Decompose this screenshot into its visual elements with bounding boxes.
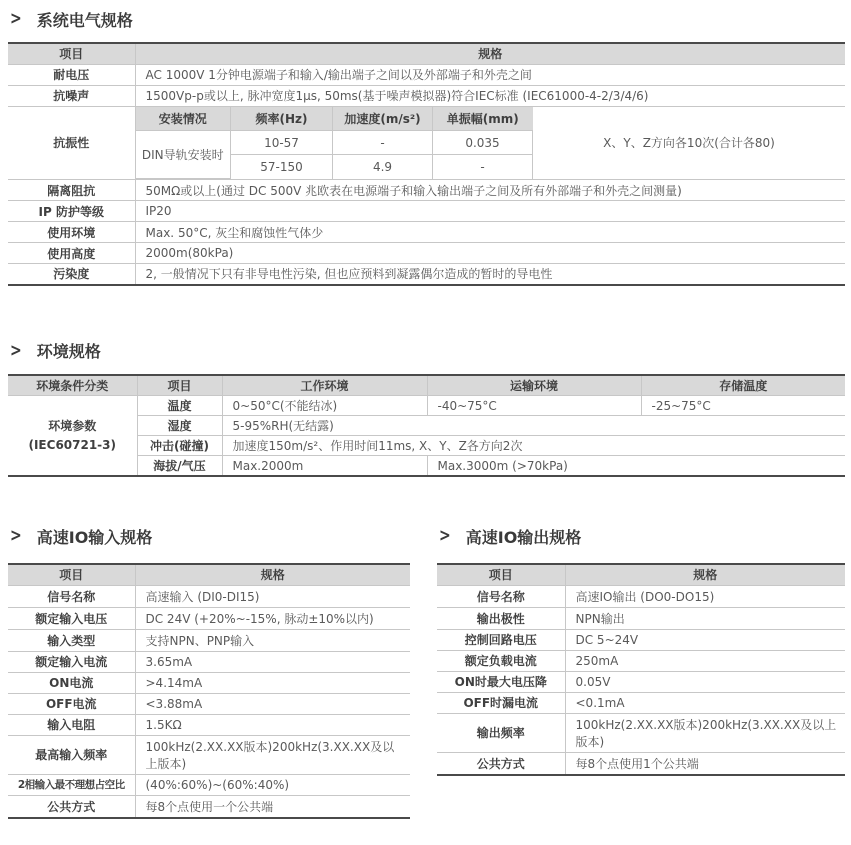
amplitude-cell: 0.035 [433,131,533,155]
row-value: 支持NPN、PNP输入 [135,629,410,651]
row-value: IP20 [135,201,845,222]
row-label: 输入电阻 [8,714,135,735]
row-label: 信号名称 [437,585,565,607]
row-label: 耐电压 [8,64,135,85]
table-row: 使用环境 Max. 50°C, 灰尘和腐蚀性气体少 [8,222,845,243]
table-row: 控制回路电压 DC 5~24V [437,629,845,650]
section-title-environment: > 环境规格 [10,340,845,362]
humidity-value: 5-95%RH(无结露) [222,416,845,436]
col-header-item: 项目 [8,43,135,64]
table-row: OFF电流 <3.88mA [8,693,410,714]
io-spec-sections: > 高速IO输入规格 项目 规格 信号名称 高速输入 (DI0-DI15) [8,525,845,819]
row-label: 额定负载电流 [437,650,565,671]
sub-row: DIN导轨安装时 10-57 - 0.035 [136,131,533,155]
sub-col-mount: 安装情况 [136,107,231,131]
frequency-cell: 57-150 [231,155,333,179]
table-header-row: 项目 规格 [437,564,845,585]
row-label: 使用环境 [8,222,135,243]
row-value: NPN输出 [565,607,845,629]
col-header-transport: 运输环境 [427,375,641,396]
table-row: OFF时漏电流 <0.1mA [437,692,845,713]
row-value: 1500Vp-p或以上, 脉冲宽度1μs, 50ms(基于噪声模拟器)符合IEC… [135,85,845,106]
acceleration-cell: 4.9 [333,155,433,179]
group-label-line1: 环境参数 [12,417,133,436]
sub-col-amplitude: 单振幅(mm) [433,107,533,131]
section-title-text: 高速IO输出规格 [466,525,582,548]
row-value: 50MΩ或以上(通过 DC 500V 兆欧表在电源端子和输入输出端子之间及所有外… [135,180,845,201]
group-label-line2: (IEC60721-3) [12,436,133,455]
table-row: 输出极性 NPN输出 [437,607,845,629]
chevron-right-icon: > [10,526,22,546]
mount-type-cell: DIN导轨安装时 [136,131,231,179]
row-label: 冲击(碰撞) [137,436,222,456]
row-label: ON时最大电压降 [437,671,565,692]
table-row: IP 防护等级 IP20 [8,201,845,222]
chevron-right-icon: > [10,9,22,29]
col-header-spec: 规格 [565,564,845,585]
col-header-item: 项目 [8,564,135,585]
table-row: 信号名称 高速IO输出 (DO0-DO15) [437,585,845,607]
sub-col-acceleration: 加速度(m/s²) [333,107,433,131]
row-value: 2, 一般情况下只有非导电性污染, 但也应预料到凝露偶尔造成的暂时的导电性 [135,264,845,285]
row-value: AC 1000V 1分钟电源端子和输入/输出端子之间以及外部端子和外壳之间 [135,64,845,85]
vibration-sub-table: 安装情况 频率(Hz) 加速度(m/s²) 单振幅(mm) DIN导轨安装时 1… [136,107,534,180]
table-row: 额定输入电流 3.65mA [8,651,410,672]
shock-value: 加速度150m/s²、作用时间11ms, X、Y、Z各方向2次 [222,436,845,456]
table-row: 耐电压 AC 1000V 1分钟电源端子和输入/输出端子之间以及外部端子和外壳之… [8,64,845,85]
table-row-vibration: 抗振性 安装情况 频率(Hz) 加速度(m/s²) 单振幅(mm) [8,106,845,180]
row-label: ON电流 [8,672,135,693]
table-row: 输入类型 支持NPN、PNP输入 [8,629,410,651]
table-row: 使用高度 2000m(80kPa) [8,243,845,264]
table-row: 抗噪声 1500Vp-p或以上, 脉冲宽度1μs, 50ms(基于噪声模拟器)符… [8,85,845,106]
hs-output-section: > 高速IO输出规格 项目 规格 信号名称 高速IO输出 (DO0-DO15) [437,525,845,819]
table-row: 输入电阻 1.5KΩ [8,714,410,735]
section-title-hs-output: > 高速IO输出规格 [439,525,845,547]
altitude-transport-storage: Max.3000m (>70kPa) [427,456,845,477]
row-value: 高速IO输出 (DO0-DO15) [565,585,845,607]
table-row: 信号名称 高速输入 (DI0-DI15) [8,585,410,607]
row-value: 高速输入 (DI0-DI15) [135,585,410,607]
section-title-text: 高速IO输入规格 [37,525,153,548]
row-label: 使用高度 [8,243,135,264]
table-row: 额定输入电压 DC 24V (+20%~-15%, 脉动±10%以内) [8,607,410,629]
section-title-electrical: > 系统电气规格 [10,8,845,30]
row-label: 抗振性 [8,106,135,180]
table-header-row: 环境条件分类 项目 工作环境 运输环境 存储温度 [8,375,845,396]
table-row: ON时最大电压降 0.05V [437,671,845,692]
row-value: DC 5~24V [565,629,845,650]
spec-page: > 系统电气规格 项目 规格 耐电压 AC 1000V 1分钟电源端子和输入/输… [0,0,851,819]
vibration-note: X、Y、Z方向各10次(合计各80) [533,107,845,180]
chevron-right-icon: > [10,341,22,361]
table-row: 公共方式 每8个点使用1个公共端 [437,752,845,775]
row-label: 抗噪声 [8,85,135,106]
row-label: 控制回路电压 [437,629,565,650]
acceleration-cell: - [333,131,433,155]
row-label: 湿度 [137,416,222,436]
table-row: 最高输入频率 100kHz(2.XX.XX版本)200kHz(3.XX.XX及以… [8,735,410,774]
sub-header-row: 安装情况 频率(Hz) 加速度(m/s²) 单振幅(mm) [136,107,533,131]
row-label: 温度 [137,396,222,416]
section-title-hs-input: > 高速IO输入规格 [10,525,410,547]
row-label: 隔离阻抗 [8,180,135,201]
col-header-item: 项目 [437,564,565,585]
row-label: 输出极性 [437,607,565,629]
row-label: 额定输入电压 [8,607,135,629]
row-value: DC 24V (+20%~-15%, 脉动±10%以内) [135,607,410,629]
row-label: 海拔/气压 [137,456,222,477]
section-title-text: 系统电气规格 [37,8,133,31]
table-row-temperature: 环境参数 (IEC60721-3) 温度 0~50°C(不能结冰) -40~75… [8,396,845,416]
col-header-operating: 工作环境 [222,375,427,396]
row-label: 公共方式 [8,795,135,818]
col-header-spec: 规格 [135,564,410,585]
amplitude-cell: - [433,155,533,179]
environment-table: 环境条件分类 项目 工作环境 运输环境 存储温度 环境参数 (IEC60721-… [8,374,845,478]
row-value: 0.05V [565,671,845,692]
row-value: 250mA [565,650,845,671]
table-row: 隔离阻抗 50MΩ或以上(通过 DC 500V 兆欧表在电源端子和输入输出端子之… [8,180,845,201]
environment-group-cell: 环境参数 (IEC60721-3) [8,396,137,477]
system-electrical-table: 项目 规格 耐电压 AC 1000V 1分钟电源端子和输入/输出端子之间以及外部… [8,42,845,286]
table-row: ON电流 >4.14mA [8,672,410,693]
row-value: (40%:60%)~(60%:40%) [135,774,410,795]
hs-input-section: > 高速IO输入规格 项目 规格 信号名称 高速输入 (DI0-DI15) [8,525,410,819]
table-header-row: 项目 规格 [8,43,845,64]
row-value: <3.88mA [135,693,410,714]
row-label: OFF电流 [8,693,135,714]
row-label: OFF时漏电流 [437,692,565,713]
row-label: 污染度 [8,264,135,285]
table-row: 输出频率 100kHz(2.XX.XX版本)200kHz(3.XX.XX及以上版… [437,713,845,752]
col-header-spec: 规格 [135,43,845,64]
row-value: <0.1mA [565,692,845,713]
frequency-cell: 10-57 [231,131,333,155]
row-label: 额定输入电流 [8,651,135,672]
row-label: 最高输入频率 [8,735,135,774]
row-label: 输入类型 [8,629,135,651]
temperature-storage: -25~75°C [641,396,845,416]
col-header-category: 环境条件分类 [8,375,137,396]
row-value: 1.5KΩ [135,714,410,735]
row-value: 2000m(80kPa) [135,243,845,264]
col-header-item: 项目 [137,375,222,396]
hs-output-table: 项目 规格 信号名称 高速IO输出 (DO0-DO15) 输出极性 NPN输出 … [437,563,845,776]
row-value: 100kHz(2.XX.XX版本)200kHz(3.XX.XX及以上版本) [135,735,410,774]
hs-input-table: 项目 规格 信号名称 高速输入 (DI0-DI15) 额定输入电压 DC 24V… [8,563,410,819]
row-value: 3.65mA [135,651,410,672]
row-value: 100kHz(2.XX.XX版本)200kHz(3.XX.XX及以上版本) [565,713,845,752]
row-label: 2相输入最不理想占空比 [8,774,135,795]
table-row: 污染度 2, 一般情况下只有非导电性污染, 但也应预料到凝露偶尔造成的暂时的导电… [8,264,845,285]
table-row: 2相输入最不理想占空比 (40%:60%)~(60%:40%) [8,774,410,795]
table-header-row: 项目 规格 [8,564,410,585]
row-value: 每8个点使用1个公共端 [565,752,845,775]
row-label: IP 防护等级 [8,201,135,222]
row-label: 输出频率 [437,713,565,752]
vibration-detail-cell: 安装情况 频率(Hz) 加速度(m/s²) 单振幅(mm) DIN导轨安装时 1… [135,106,845,180]
row-label: 信号名称 [8,585,135,607]
sub-col-frequency: 频率(Hz) [231,107,333,131]
altitude-operating: Max.2000m [222,456,427,477]
col-header-storage: 存储温度 [641,375,845,396]
row-label: 公共方式 [437,752,565,775]
row-value: >4.14mA [135,672,410,693]
chevron-right-icon: > [439,526,451,546]
table-row: 额定负载电流 250mA [437,650,845,671]
temperature-operating: 0~50°C(不能结冰) [222,396,427,416]
row-value: Max. 50°C, 灰尘和腐蚀性气体少 [135,222,845,243]
section-title-text: 环境规格 [37,339,101,362]
temperature-transport: -40~75°C [427,396,641,416]
row-value: 每8个点使用一个公共端 [135,795,410,818]
table-row: 公共方式 每8个点使用一个公共端 [8,795,410,818]
